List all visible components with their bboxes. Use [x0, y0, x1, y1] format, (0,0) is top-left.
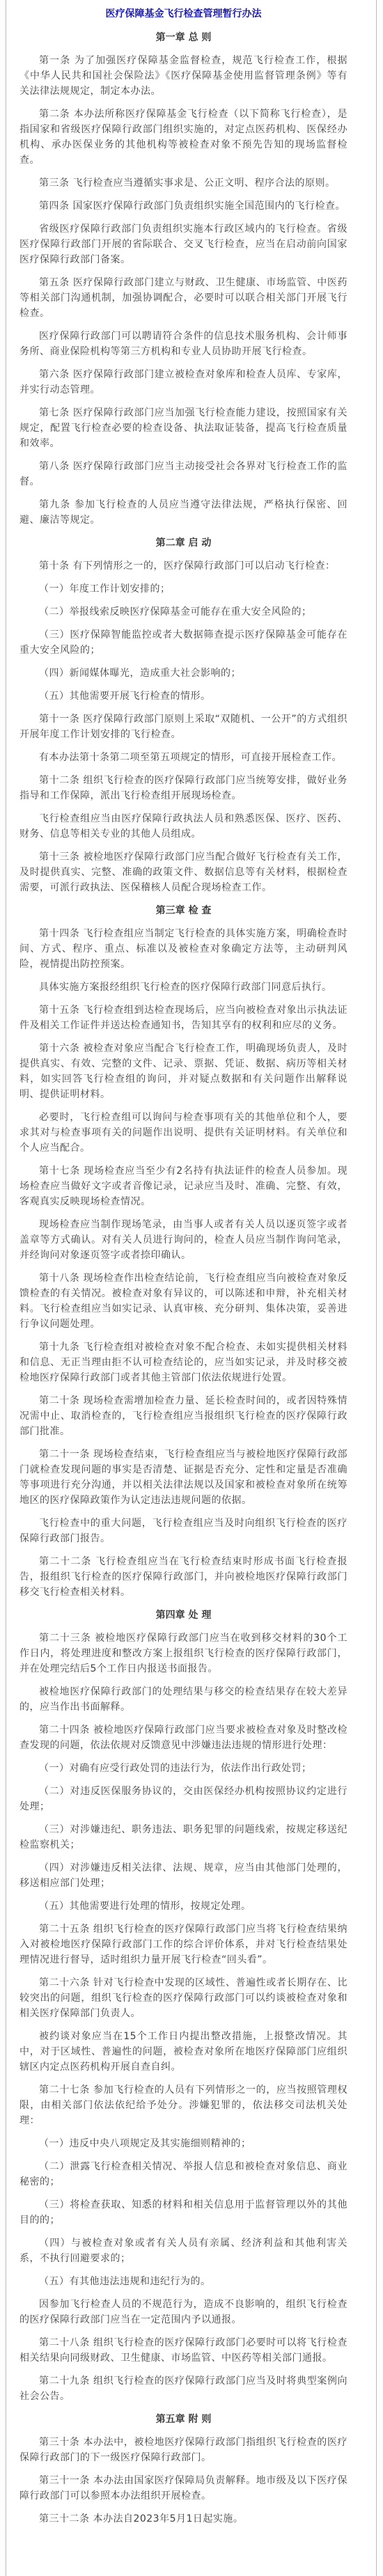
article-paragraph: 第三十一条 本办法由国家医疗保障局负责解释。地市级及以下医疗保障行政部门可以参照… — [19, 2473, 347, 2504]
article-paragraph: 医疗保障行政部门可以聘请符合条件的信息技术服务机构、会计师事务所、商业保险机构等… — [19, 329, 347, 359]
article-paragraph: 第三十二条 本办法自2023年5月1日起实施。 — [19, 2511, 347, 2527]
article-paragraph: 第十六条 被检查对象应当配合飞行检查工作，明确现场负责人，及时提供真实、有效、完… — [19, 1041, 347, 1102]
article-paragraph: 第十四条 飞行检查组应当制定飞行检查的具体实施方案，明确检查时间、方式、程序、重… — [19, 926, 347, 972]
article-paragraph: 第六条 医疗保障行政部门建立被检查对象库和检查人员库、专家库，并实行动态管理。 — [19, 367, 347, 398]
list-item-paragraph: （三）医疗保障智能监控或者大数据筛查提示医疗保障基金可能存在重大安全风险的； — [19, 627, 347, 658]
article-paragraph: 第八条 医疗保障行政部门应当主动接受社会各界对飞行检查工作的监督。 — [19, 459, 347, 489]
article-paragraph: 第二条 本办法所称医疗保障基金飞行检查（以下简称飞行检查），是指国家和省级医疗保… — [19, 107, 347, 168]
article-paragraph: 被检地医疗保障行政部门的处理结果与移交的检查结果存在较大差异的，应当作出书面解释… — [19, 1684, 347, 1715]
article-paragraph: 被约谈对象应当在15个工作日内提出整改措施，上报整改情况。其中，对于区域性、普遍… — [19, 2029, 347, 2075]
article-paragraph: 第二十条 现场检查需增加检查力量、延长检查时间的，或者因特殊情况需中止、取消检查… — [19, 1393, 347, 1439]
list-item-paragraph: （五）其他需要开展飞行检查的情形。 — [19, 689, 347, 704]
article-paragraph: 第五条 医疗保障行政部门建立与财政、卫生健康、市场监管、中医药等相关部门沟通机制… — [19, 275, 347, 321]
article-paragraph: 第二十五条 组织飞行检查的医疗保障行政部门应当将飞行检查结果纳入对被检地医疗保障… — [19, 1922, 347, 1968]
chapter-heading: 第一章 总 则 — [19, 30, 347, 45]
document-page: 医疗保障基金飞行检查管理暂行办法 第一章 总 则第一条 为了加强医疗保障基金监督… — [6, 0, 377, 2576]
article-paragraph: 第二十一条 现场检查结束，飞行检查组应当与被检地医疗保障行政部门就检查发现问题的… — [19, 1447, 347, 1508]
article-paragraph: 第三条 飞行检查应当遵循实事求是、公正文明、程序合法的原则。 — [19, 175, 347, 191]
list-item-paragraph: （二）举报线索反映医疗保障基金可能存在重大安全风险的； — [19, 604, 347, 620]
article-paragraph: 第三十条 本办法中，被检地医疗保障行政部门指组织飞行检查的医疗保障行政部门的下一… — [19, 2435, 347, 2465]
article-paragraph: 第十三条 被检地医疗保障行政部门应当配合做好飞行检查有关工作，及时提供真实、完整… — [19, 849, 347, 895]
article-paragraph: 第四条 国家医疗保障行政部门负责组织实施全国范围内的飞行检查。 — [19, 198, 347, 214]
article-paragraph: 第七条 医疗保障行政部门应当加强飞行检查能力建设，按照国家有关规定，配置飞行检查… — [19, 405, 347, 451]
article-paragraph: 第十一条 医疗保障行政部门原则上采取“双随机、一公开”的方式组织开展年度工作计划… — [19, 712, 347, 742]
article-paragraph: 第一条 为了加强医疗保障基金监督检查，规范飞行检查工作，根据《中华人民共和国社会… — [19, 53, 347, 99]
article-paragraph: 第十五条 飞行检查组到达检查现场后，应当向被检查对象出示执法证件及相关工作证件并… — [19, 1003, 347, 1033]
article-paragraph: 第九条 参加飞行检查的人员应当遵守法律法规，严格执行保密、回避、廉洁等规定。 — [19, 497, 347, 528]
article-paragraph: 现场检查应当制作现场笔录，由当事人或者有关人员以逐页签字或者盖章等方式确认。对有… — [19, 1217, 347, 1263]
article-paragraph: 飞行检查中的重大问题，飞行检查组应当及时向组织飞行检查的医疗保障行政部门报告。 — [19, 1516, 347, 1546]
list-item-paragraph: （三）对涉嫌违纪、职务违法、职务犯罪的问题线索，按规定移送纪检监察机关； — [19, 1822, 347, 1853]
article-paragraph: 必要时，飞行检查组可以询问与检查事项有关的其他单位和个人，要求其对与检查事项有关… — [19, 1110, 347, 1156]
article-paragraph: 第二十二条 飞行检查组应当在飞行检查结束时形成书面飞行检查报告，报组织飞行检查的… — [19, 1554, 347, 1600]
list-item-paragraph: （五）有其他违法违规和违纪行为的。 — [19, 2274, 347, 2289]
article-paragraph: 第十二条 组织飞行检查的医疗保障行政部门应当统筹安排，做好业务指导和工作保障，派… — [19, 773, 347, 803]
list-item-paragraph: （五）其他需要进行处理的情形，按规定处理。 — [19, 1899, 347, 1914]
list-item-paragraph: （一）年度工作计划安排的； — [19, 581, 347, 597]
article-paragraph: 第二十六条 针对飞行检查中发现的区域性、普遍性或者长期存在、比较突出的问题，组织… — [19, 1975, 347, 2021]
chapter-heading: 第二章 启 动 — [19, 535, 347, 551]
article-paragraph: 第二十九条 组织飞行检查的医疗保障行政部门应当及时将典型案例向社会公告。 — [19, 2373, 347, 2404]
article-paragraph: 第十九条 飞行检查组对被检查对象不配合检查、未如实提供相关材料和信息、无正当理由… — [19, 1340, 347, 1385]
chapter-heading: 第三章 检 查 — [19, 903, 347, 918]
article-paragraph: 省级医疗保障行政部门负责组织实施本行政区域内的飞行检查。省级医疗保障行政部门开展… — [19, 221, 347, 267]
list-item-paragraph: （二）泄露飞行检查相关情况、举报人信息和被检查对象信息、商业秘密的； — [19, 2159, 347, 2190]
document-body: 第一章 总 则第一条 为了加强医疗保障基金监督检查，规范飞行检查工作，根据《中华… — [19, 30, 347, 2527]
list-item-paragraph: （四）新闻媒体曝光，造成重大社会影响的； — [19, 666, 347, 681]
chapter-heading: 第四章 处 理 — [19, 1608, 347, 1623]
article-paragraph: 具体实施方案报经组织飞行检查的医疗保障行政部门同意后执行。 — [19, 980, 347, 995]
list-item-paragraph: （一）对确有应受行政处罚的违法行为，依法作出行政处罚； — [19, 1761, 347, 1776]
article-paragraph: 第二十八条 组织飞行检查的医疗保障行政部门必要时可以将飞行检查相关结果向同级财政… — [19, 2335, 347, 2366]
article-paragraph: 第二十三条 被检地医疗保障行政部门应当在收到移交材料的30个工作日内，将处理进度… — [19, 1631, 347, 1676]
list-item-paragraph: （四）对涉嫌违反相关法律、法规、规章，应当由其他部门处理的，移送相应部门处理； — [19, 1860, 347, 1891]
article-paragraph: 有本办法第十条第二项至第五项规定的情形，可直接开展检查工作。 — [19, 750, 347, 765]
list-item-paragraph: （二）对违反医保服务协议的，交由医保经办机构按照协议约定进行处理； — [19, 1784, 347, 1814]
article-paragraph: 第十条 有下列情形之一的，医疗保障行政部门可以启动飞行检查： — [19, 558, 347, 574]
article-paragraph: 因参加飞行检查人员的不规范行为，造成不良影响的，组织飞行检查的医疗保障行政部门应… — [19, 2297, 347, 2327]
article-paragraph: 第十八条 现场检查作出检查结论前，飞行检查组应当向被检查对象反馈检查的有关情况。… — [19, 1271, 347, 1332]
article-paragraph: 飞行检查组应当由医疗保障行政执法人员和熟悉医保、医疗、医药、财务、信息等相关专业… — [19, 811, 347, 842]
document-title: 医疗保障基金飞行检查管理暂行办法 — [19, 6, 347, 22]
article-paragraph: 第二十七条 参加飞行检查的人员有下列情形之一的，应当按照管理权限，由相关部门依法… — [19, 2082, 347, 2128]
chapter-heading: 第五章 附 则 — [19, 2412, 347, 2427]
article-paragraph: 第二十四条 被检地医疗保障行政部门应当要求被检查对象及时整改检查发现的问题，依法… — [19, 1722, 347, 1753]
article-paragraph: 第十七条 现场检查应当至少有2名持有执法证件的检查人员参加。现场检查应当做好文字… — [19, 1163, 347, 1209]
list-item-paragraph: （一）违反中央八项规定及其实施细则精神的； — [19, 2136, 347, 2151]
list-item-paragraph: （三）将检查获取、知悉的材料和相关信息用于监督管理以外的其他目的的； — [19, 2197, 347, 2228]
list-item-paragraph: （四）与被检查对象或者有关人员有亲属、经济利益和其他利害关系，不执行回避要求的； — [19, 2236, 347, 2266]
